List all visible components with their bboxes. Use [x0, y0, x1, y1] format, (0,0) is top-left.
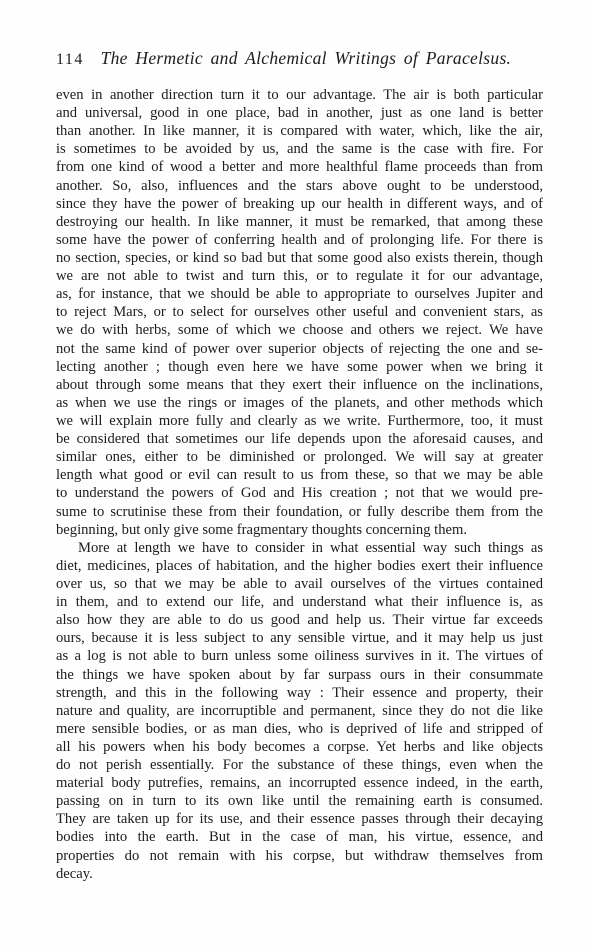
text-line: They are taken up for its use, and their… [56, 810, 543, 828]
text-line: diet, medicines, places of habitation, a… [56, 557, 543, 575]
text-line: properties do not remain with his corpse… [56, 847, 543, 865]
text-line: material body putrefies, remains, an inc… [56, 774, 543, 792]
text-line: do not perish essentially. For the subst… [56, 756, 543, 774]
paragraph: More at length we have to consider in wh… [56, 539, 543, 883]
text-line: to understand the powers of God and His … [56, 484, 543, 502]
text-line: be considered that sometimes our life de… [56, 430, 543, 448]
text-line: passing on in turn to its own like until… [56, 792, 543, 810]
text-line: bodies into the earth. But in the case o… [56, 828, 543, 846]
text-line: even in another direction turn it to our… [56, 86, 543, 104]
text-line: and universal, good in one place, bad in… [56, 104, 543, 122]
paragraph: even in another direction turn it to our… [56, 86, 543, 539]
page-number: 114 [56, 50, 84, 70]
running-head: 114 The Hermetic and Alchemical Writings… [56, 48, 536, 68]
running-title: The Hermetic and Alchemical Writings of … [101, 48, 512, 68]
text-line: destroying our health. In like manner, i… [56, 213, 543, 231]
text-line: about through some means that they exert… [56, 376, 543, 394]
text-line: decay. [56, 865, 543, 883]
text-line: all his powers when his body becomes a c… [56, 738, 543, 756]
text-line: More at length we have to consider in wh… [56, 539, 543, 557]
text-line: over us, so that we may be able to avail… [56, 575, 543, 593]
text-line: is sometimes to be avoided by us, and th… [56, 140, 543, 158]
text-line: beginning, but only give some fragmentar… [56, 521, 543, 539]
text-line: nature and quality, are incorruptible an… [56, 702, 543, 720]
text-line: ours, because it is less subject to any … [56, 629, 543, 647]
text-line: than another. In like manner, it is comp… [56, 122, 543, 140]
book-page: 114 The Hermetic and Alchemical Writings… [0, 0, 591, 950]
text-line: as when we use the rings or images of th… [56, 394, 543, 412]
text-line: sume to scrutinise these from their foun… [56, 503, 543, 521]
text-line: we do with herbs, some of which we choos… [56, 321, 543, 339]
text-line: lecting another ; though even here we ha… [56, 358, 543, 376]
text-line: since they have the power of breaking up… [56, 195, 543, 213]
text-line: strength, and this in the following way … [56, 684, 543, 702]
text-line: from one kind of wood a better and more … [56, 158, 543, 176]
text-line: not the same kind of power over superior… [56, 340, 543, 358]
text-line: as a log is not able to burn unless some… [56, 647, 543, 665]
text-line: mere sensible bodies, or as man dies, wh… [56, 720, 543, 738]
text-line: we will explain more fully and clearly a… [56, 412, 543, 430]
text-line: to reject Mars, or to select for ourselv… [56, 303, 543, 321]
text-line: the things we have spoken about by far s… [56, 666, 543, 684]
text-line: similar ones, either to be diminished or… [56, 448, 543, 466]
text-line: no section, species, or kind so bad but … [56, 249, 543, 267]
body-text: even in another direction turn it to our… [56, 86, 543, 883]
text-line: length what good or evil can result to u… [56, 466, 543, 484]
text-line: we are not able to twist and turn this, … [56, 267, 543, 285]
text-line: some have the power of conferring health… [56, 231, 543, 249]
text-line: also how they are able to do us good and… [56, 611, 543, 629]
text-line: another. So, also, influences and the st… [56, 177, 543, 195]
text-line: as, for instance, that we should be able… [56, 285, 543, 303]
text-line: in them, and to extend our life, and und… [56, 593, 543, 611]
